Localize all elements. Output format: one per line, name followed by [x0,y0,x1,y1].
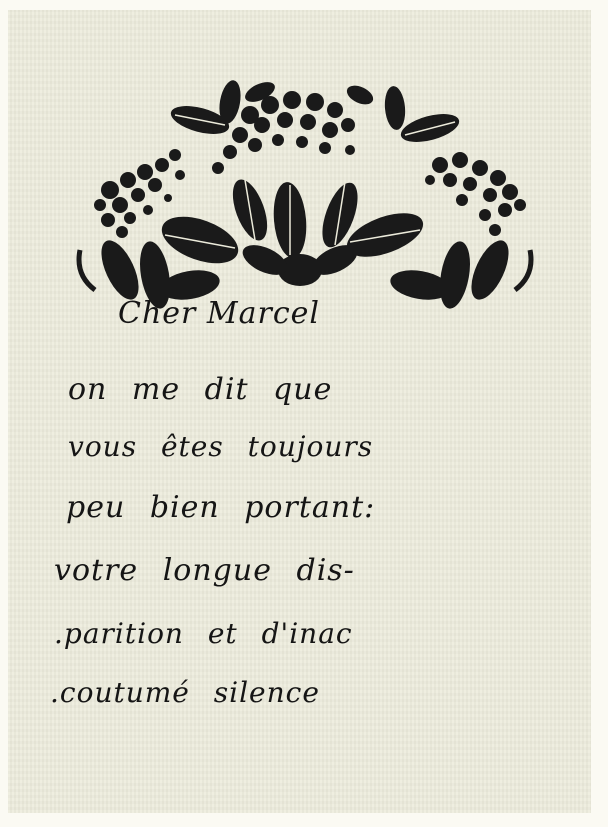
letter-line: .parition et d'inac [54,617,353,650]
letter-line: peu bien portant: [66,490,375,525]
letter-line: on me dit que [68,372,332,407]
letter-line: votre longue dis- [54,553,355,588]
flower-cluster-right [425,152,526,236]
letter-salutation: Cher Marcel [118,296,320,331]
hydrangea-illustration [50,80,560,310]
letter-line: .coutumé silence [50,676,320,709]
letter-line: vous êtes toujours [68,430,373,463]
